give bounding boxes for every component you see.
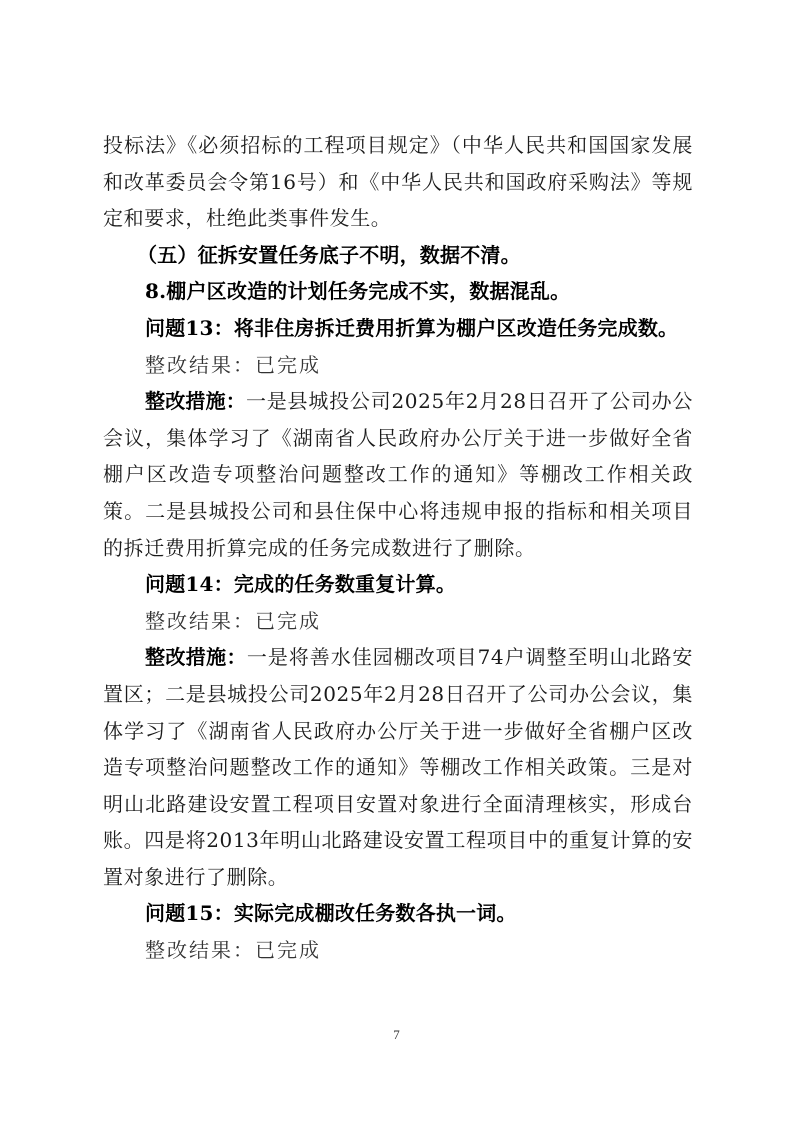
issue-result: 整改结果：已完成 [103,347,693,384]
measures-text: 一是将善水佳园棚改项目74户调整至明山北路安置区；二是县城投公司2025年2月2… [103,645,693,889]
issue-13: 问题13：将非住房拆迁费用折算为棚户区改造任务完成数。 整改结果：已完成 整改措… [103,310,693,566]
issue-title: 问题13：将非住房拆迁费用折算为棚户区改造任务完成数。 [103,310,693,347]
intro-paragraph: 投标法》《必须招标的工程项目规定》（中华人民共和国国家发展和改革委员会令第16号… [103,127,693,237]
issue-14: 问题14：完成的任务数重复计算。 整改结果：已完成 整改措施：一是将善水佳园棚改… [103,566,693,895]
result-value: 已完成 [255,609,321,633]
result-value: 已完成 [255,938,321,962]
issue-title: 问题14：完成的任务数重复计算。 [103,566,693,603]
measures-label: 整改措施： [145,645,247,669]
issue-result: 整改结果：已完成 [103,603,693,640]
page-number: 7 [0,1027,793,1043]
section-heading: （五）征拆安置任务底子不明，数据不清。 [103,237,693,274]
result-value: 已完成 [255,353,321,377]
issue-15: 问题15：实际完成棚改任务数各执一词。 整改结果：已完成 [103,895,693,968]
issue-measures: 整改措施：一是将善水佳园棚改项目74户调整至明山北路安置区；二是县城投公司202… [103,639,693,895]
issue-result: 整改结果：已完成 [103,932,693,969]
result-label: 整改结果： [145,609,255,633]
issue-title: 问题15：实际完成棚改任务数各执一词。 [103,895,693,932]
subsection-heading: 8.棚户区改造的计划任务完成不实，数据混乱。 [103,273,693,310]
result-label: 整改结果： [145,938,255,962]
result-label: 整改结果： [145,353,255,377]
document-page: 投标法》《必须招标的工程项目规定》（中华人民共和国国家发展和改革委员会令第16号… [103,127,693,969]
measures-label: 整改措施： [145,389,246,413]
issue-measures: 整改措施：一是县城投公司2025年2月28日召开了公司办公会议，集体学习了《湖南… [103,383,693,566]
measures-text: 一是县城投公司2025年2月28日召开了公司办公会议，集体学习了《湖南省人民政府… [103,389,693,559]
